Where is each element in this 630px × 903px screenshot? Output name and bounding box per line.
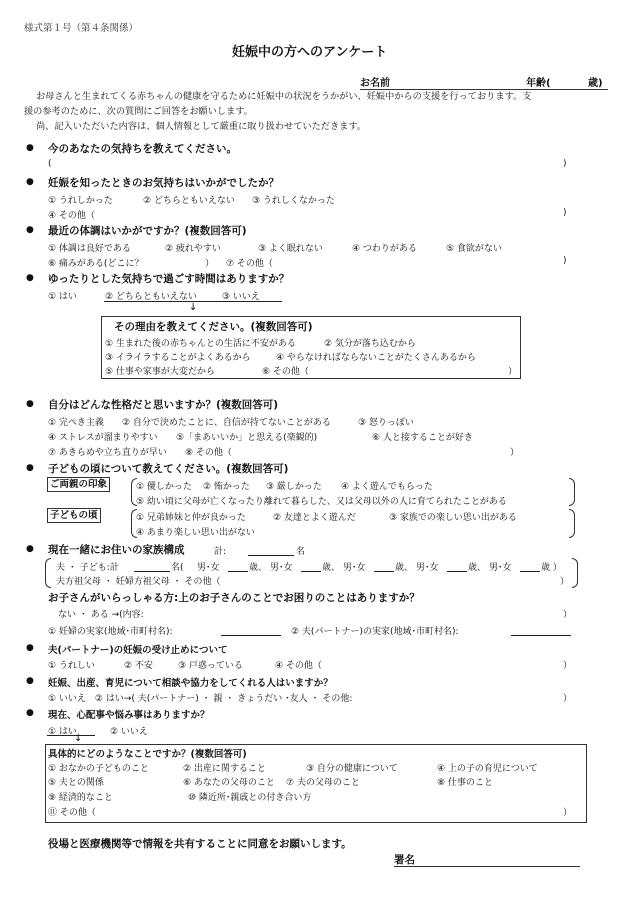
- q7-age-unit: 歳、: [468, 560, 486, 573]
- q4-sub-option-4[interactable]: ④ やらなければならないことがたくさんあるから: [276, 350, 476, 363]
- bullet-icon: ●: [26, 225, 34, 235]
- q11-sub-option-3[interactable]: ③ 自分の健康について: [306, 761, 398, 774]
- q4-sub-title: その理由を教えてください。(複数回答可): [114, 319, 313, 334]
- q5-option-2[interactable]: ② 自分で決めたことに、自信が持てないことがある: [122, 415, 331, 428]
- q11-sub-option-8[interactable]: ⑧ 仕事のこと: [437, 775, 493, 788]
- bullet-icon: ●: [26, 463, 34, 473]
- q9-title: 夫(パートナー)の妊娠の受け止めについて: [48, 642, 228, 656]
- q7-child-4-age-field[interactable]: [447, 559, 467, 572]
- bullet-icon: ●: [26, 143, 34, 153]
- childhood-label: 子どもの頃: [47, 508, 101, 523]
- down-arrow-icon: ↓: [189, 302, 197, 313]
- q7-total-suffix: 名: [296, 544, 305, 557]
- q5-option-1[interactable]: ① 完ぺき主義: [48, 415, 104, 428]
- q7-children-count-field[interactable]: [134, 559, 170, 572]
- signature-field[interactable]: 署名: [394, 851, 580, 867]
- right-brace: [572, 558, 578, 588]
- age-suffix: 歳): [588, 74, 603, 89]
- q2-option-other[interactable]: ④ その他（: [48, 208, 95, 221]
- parents-impression-label: ご両親の印象: [47, 477, 110, 492]
- q4-sub-option-6[interactable]: ⑥ その他（: [262, 364, 309, 377]
- q7-child-5-age-field[interactable]: [520, 559, 540, 572]
- q3-option-2[interactable]: ② 疲れやすい: [165, 241, 221, 254]
- q3-option-other[interactable]: ⑦ その他（: [226, 256, 273, 269]
- parents-option-5[interactable]: ⑤ 幼い頃に父母が亡くなったり離れて暮らした、又は父母以外の人に育てられたことが…: [136, 494, 507, 507]
- q2-title: 妊娠を知ったときのお気持ちはいかがでしたか？: [48, 175, 279, 190]
- q5-option-4[interactable]: ④ ストレスが溜まりやすい: [48, 430, 158, 443]
- q9-paren-close: ）: [563, 658, 572, 671]
- q10-title: 妊娠、出産、育児について相談や協力をしてくれる人はいますか？: [48, 675, 333, 689]
- q3-option-3[interactable]: ③ よく眠れない: [258, 241, 323, 254]
- q4-sub-option-3[interactable]: ③ イライラすることがよくあるから: [105, 350, 251, 363]
- q4-sub-option-2[interactable]: ② 気分が落ち込むから: [324, 336, 416, 349]
- bullet-icon: ●: [26, 544, 34, 554]
- q7-title: 現在一緒にお住いの家族構成: [48, 542, 185, 557]
- q2-option-1[interactable]: ① うれしかった: [48, 193, 113, 206]
- age-label: 年齢(: [526, 74, 551, 89]
- q9-option-3[interactable]: ③ 戸惑っている: [178, 658, 243, 671]
- down-arrow-icon: ↓: [74, 733, 82, 744]
- childhood-option-2[interactable]: ② 友達とよく遊んだ: [273, 510, 356, 523]
- name-label: お名前: [360, 74, 390, 89]
- q1-paren-close: ): [563, 159, 567, 169]
- q7-row1-prefix[interactable]: 夫 ・ 子ども:計: [56, 560, 119, 573]
- childhood-option-1[interactable]: ① 兄弟姉妹と仲が良かった: [136, 510, 246, 523]
- q3-option-1[interactable]: ① 体調は良好である: [48, 241, 131, 254]
- q11-sub-option-4[interactable]: ④ 上の子の育児について: [437, 761, 538, 774]
- bullet-icon: ●: [26, 676, 34, 686]
- husband-family-home-field[interactable]: [511, 623, 571, 636]
- parents-option-4[interactable]: ④ よく遊んでもらった: [341, 479, 433, 492]
- q11-sub-option-9[interactable]: ⑨ 経済的なこと: [48, 790, 113, 803]
- q4-sub-paren-close: ）: [508, 364, 517, 377]
- parents-option-1[interactable]: ① 優しかった: [136, 479, 192, 492]
- q5-paren-close: ）: [510, 445, 519, 458]
- intro-line-1: お母さんと生まれてくる赤ちゃんの健康を守るために妊娠中の状況をうかがい、妊娠中か…: [36, 90, 531, 104]
- q7-row2-close: ）: [560, 574, 569, 587]
- q7-child-3-gender[interactable]: 男･女: [343, 560, 366, 573]
- q2-option-2[interactable]: ② どちらともいえない: [143, 193, 235, 206]
- q1-paren-open: (: [48, 159, 52, 169]
- q11-sub-option-11[interactable]: ⑪ その他（: [48, 805, 96, 818]
- right-brace: [569, 509, 575, 538]
- parents-option-3[interactable]: ③ 厳しかった: [266, 479, 322, 492]
- q7-age-unit: 歳、: [322, 560, 340, 573]
- q8-paren-close: ）: [563, 607, 572, 620]
- q11-option-2[interactable]: ② いいえ: [110, 724, 148, 737]
- q5-option-8[interactable]: ⑧ その他（: [185, 445, 232, 458]
- q11-sub-option-7[interactable]: ⑦ 夫の父母のこと: [286, 775, 360, 788]
- q2-paren-close: ): [563, 208, 567, 218]
- q4-option-1[interactable]: ① はい: [48, 289, 77, 302]
- q3-title: 最近の体調はいかがですか？(複数回答可): [48, 223, 247, 238]
- q7-age-unit-last: 歳 ）: [541, 560, 562, 573]
- q8-title: お子さんがいらっしゃる方:上のお子さんのことでお困りのことはありますか？: [48, 590, 420, 605]
- q3-option-pain[interactable]: ⑥ 痛みがある(どこに？: [48, 256, 143, 269]
- q5-option-5[interactable]: ⑤「まあいいか」と思える(楽観的): [176, 430, 317, 443]
- q9-option-4[interactable]: ④ その他（: [275, 658, 322, 671]
- q2-option-3[interactable]: ③ うれしくなかった: [252, 193, 335, 206]
- q4-option-2[interactable]: ② どちらともいえない: [105, 289, 197, 302]
- q9-option-1[interactable]: ① うれしい: [48, 658, 95, 671]
- q11-option-1[interactable]: ① はい: [48, 724, 77, 737]
- q5-option-6[interactable]: ⑥ 人と接することが好き: [372, 430, 473, 443]
- q3-option-4[interactable]: ④ つわりがある: [352, 241, 417, 254]
- q3-paren-close: ): [563, 256, 567, 266]
- bullet-icon: ●: [26, 399, 34, 409]
- wife-family-home-field[interactable]: [221, 623, 281, 636]
- childhood-option-3[interactable]: ③ 家族での楽しい思い出がある: [389, 510, 517, 523]
- intro-line-3: 尚、記入いただいた内容は、個人情報として厳重に取り扱わせていただきます。: [36, 120, 366, 134]
- q6-title: 子どもの頃について教えてください。(複数回答可): [48, 461, 288, 476]
- q3-pain-close: ）: [205, 256, 214, 269]
- q7-child-2-gender[interactable]: 男･女: [270, 560, 293, 573]
- q7-total-field[interactable]: [248, 543, 294, 556]
- q8-answer[interactable]: ない ・ ある →(内容:: [58, 607, 144, 620]
- q1-answer-field[interactable]: [56, 158, 561, 171]
- bullet-icon: ●: [26, 708, 34, 718]
- q7-row1-count-suffix: 名(: [171, 560, 184, 573]
- q7-row2[interactable]: 夫方祖父母 ・ 妊婦方祖父母 ・ その他（: [56, 574, 220, 587]
- intro-line-2: 援の参考のために、次の質問にご回答をお願いします。: [24, 105, 253, 119]
- q3-option-5[interactable]: ⑤ 食欲がない: [446, 241, 502, 254]
- signature-label: 署名: [394, 852, 415, 867]
- q10-paren-close: ）: [563, 691, 572, 704]
- page-title: 妊娠中の方へのアンケート: [232, 41, 387, 60]
- bullet-icon: ●: [26, 273, 34, 283]
- q4-sub-option-1[interactable]: ① 生まれた後の赤ちゃんとの生活に不安がある: [105, 336, 296, 349]
- bullet-icon: ●: [26, 643, 34, 653]
- parents-option-2[interactable]: ② 怖かった: [203, 479, 250, 492]
- q11-sub-option-2[interactable]: ② 出産に関すること: [183, 761, 266, 774]
- left-brace: [45, 558, 51, 588]
- q11-sub-option-1[interactable]: ① おなかの子どものこと: [48, 761, 149, 774]
- q11-sub-option-6[interactable]: ⑥ あなたの父母のこと: [183, 775, 275, 788]
- q5-option-7[interactable]: ⑦ あきらめや立ち直りが早い: [48, 445, 167, 458]
- name-age-line[interactable]: お名前 年齢( 歳): [360, 74, 608, 90]
- childhood-option-4[interactable]: ④ あまり楽しい思い出がない: [136, 525, 255, 538]
- q1-title: 今のあなたの気持ちを教えてください。: [48, 141, 237, 156]
- q9-option-2[interactable]: ② 不安: [124, 658, 153, 671]
- q10-answer[interactable]: ① いいえ ② はい→( 夫(パートナー) ・ 親 ・ きょうだい ･友人 ・ …: [48, 691, 352, 704]
- husband-family-home-label: ② 夫(パートナー)の実家(地域･市町村名):: [291, 624, 459, 637]
- q11-sub-option-5[interactable]: ⑤ 夫との関係: [48, 775, 104, 788]
- q5-title: 自分はどんな性格だと思いますか？(複数回答可): [48, 397, 278, 412]
- q7-child-5-gender[interactable]: 男･女: [489, 560, 512, 573]
- consent-text: 役場と医療機関等で情報を共有することに同意をお願いします。: [48, 836, 352, 851]
- right-brace: [569, 478, 575, 506]
- q11-title: 現在、心配事や悩み事はありますか？: [48, 707, 210, 721]
- q4-sub-option-5[interactable]: ⑤ 仕事や家事が大変だから: [105, 364, 215, 377]
- form-number: 様式第１号（第４条関係）: [24, 20, 138, 34]
- q7-child-3-age-field[interactable]: [374, 559, 394, 572]
- q4-option-3[interactable]: ③ いいえ: [222, 289, 260, 302]
- q11-sub-paren-close: ）: [563, 805, 572, 818]
- q11-sub-option-10[interactable]: ⑩ 隣近所･親戚との付き合い方: [188, 790, 311, 803]
- q7-child-1-age-field[interactable]: [228, 559, 248, 572]
- q7-age-unit: 歳、: [395, 560, 413, 573]
- wife-family-home-label: ① 妊婦の実家(地域･市町村名):: [48, 624, 173, 637]
- q7-child-2-age-field[interactable]: [301, 559, 321, 572]
- bullet-icon: ●: [26, 177, 34, 187]
- q7-age-unit: 歳、: [249, 560, 267, 573]
- q7-total-label: 計:: [214, 544, 226, 557]
- q4-title: ゆったりとした気持ちで過ごす時間はありますか？: [48, 271, 289, 286]
- q7-child-1-gender[interactable]: 男･女: [197, 560, 220, 573]
- q7-child-4-gender[interactable]: 男･女: [416, 560, 439, 573]
- q5-option-3[interactable]: ③ 怒りっぽい: [358, 415, 414, 428]
- q11-sub-title: 具体的にどのようなことですか？(複数回答可): [48, 746, 247, 760]
